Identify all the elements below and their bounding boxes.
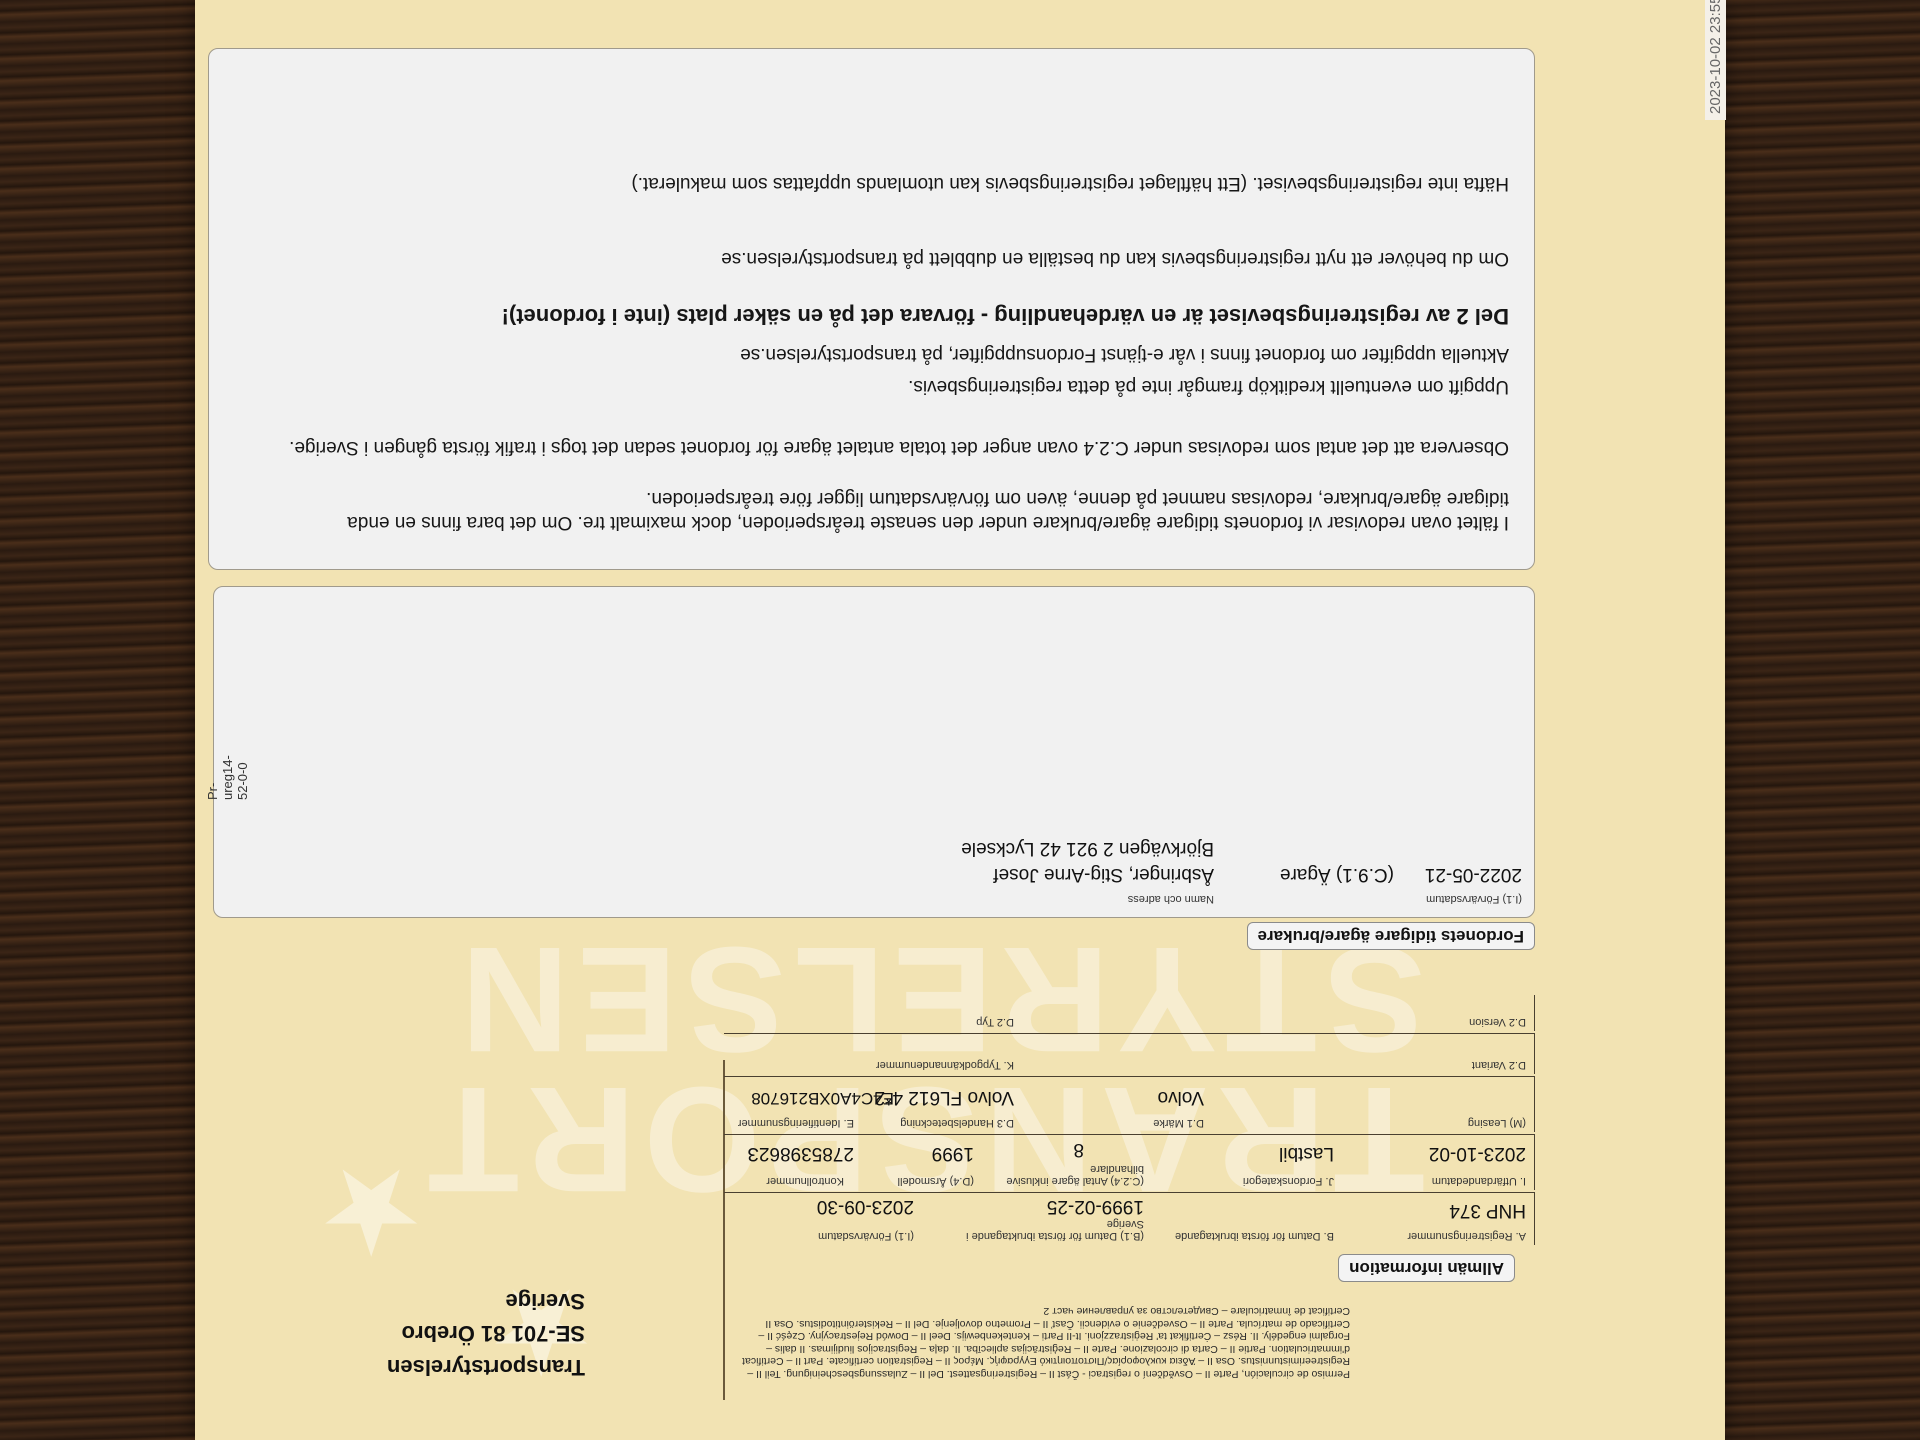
warning-text: Del 2 av registreringsbeviset är en värd… [229, 303, 1509, 329]
info-paragraph-1: I fältet ovan redovisar vi fordonets tid… [289, 486, 1509, 534]
control-number: 278539862З [747, 1142, 854, 1164]
photo-timestamp: 2023-10-02 23:55:33 [1705, 0, 1726, 120]
row-1: A. Registreringsnummer HNP 374 B. Datum … [724, 1192, 1535, 1245]
row-2: I. Utfärdandedatum 2023-10-02 J. Fordons… [724, 1134, 1535, 1190]
row-4: D.2 Variant K. Typgodkännandenummer [724, 1033, 1535, 1074]
trade-name: Volvo FL612 4*2 [875, 1086, 1014, 1108]
acquisition-date: 2023-09-30 [817, 1195, 914, 1217]
row-5: D.2 Version D.2 Typ [724, 995, 1535, 1031]
previous-owner-panel: (I.1) Förvärvsdatum 2022-05-21 (C.9.1) Ä… [213, 586, 1535, 918]
info-paragraph-3: Uppgift om eventuellt kreditköp framgår … [289, 375, 1509, 397]
previous-owner-title: Fordonets tidigare ägare/brukare [1247, 922, 1535, 950]
eu-star-icon: ★ [317, 1141, 425, 1280]
info-paragraph-6: Häfta inte registreringsbeviset. (Ett hä… [259, 172, 1509, 194]
registration-number: HNP 374 [1449, 1199, 1526, 1221]
info-paragraph-2: Observera att det antal som redovisas un… [289, 435, 1509, 459]
info-panel: I fältet ovan redovisar vi fordonets tid… [208, 48, 1535, 570]
issue-date: 2023-10-02 [1429, 1142, 1526, 1164]
first-use-sweden: 1999-02-25 [1047, 1195, 1144, 1217]
info-paragraph-5: Om du behöver ett nytt registreringsbevi… [289, 247, 1509, 269]
general-section-title: Allmän information [1338, 1254, 1515, 1282]
translations-text: Permiso de circulación, Parte II – Osvěd… [730, 1305, 1350, 1380]
prev-role: (C.9.1) Ägare [1280, 863, 1394, 885]
general-fields: A. Registreringsnummer HNP 374 B. Datum … [705, 945, 1535, 1245]
vin: E4C4A0XB216708 [751, 1088, 894, 1108]
info-paragraph-4: Aktuella uppgifter om fordonet finns i v… [289, 343, 1509, 365]
prev-owner-address: Björkvägen 2 921 42 Lycksele [961, 837, 1214, 859]
vehicle-category: Lastbil [1279, 1142, 1334, 1164]
registration-certificate: TRANSPORT STYRELSEN ★ ★ Transportstyrels… [0, 0, 1920, 1440]
issuer-block: Transportstyrelsen SE-701 81 Örebro Sver… [245, 1288, 585, 1420]
owner-count: 8 [1073, 1138, 1084, 1160]
document-sheet: TRANSPORT STYRELSEN ★ ★ Transportstyrels… [195, 0, 1725, 1440]
form-code: Pr-ureg14-52-0-0 [205, 755, 250, 800]
prev-acquired-date: 2022-05-21 [1425, 863, 1522, 885]
row-3: (M) Leasing D.1 Märke Volvo D.3 Handelsb… [724, 1076, 1535, 1132]
prev-owner-name: Åsbringer, Stig-Arne Josef [993, 863, 1214, 885]
issuer-country: Sverige [245, 1288, 585, 1314]
issuer-postal: SE-701 81 Örebro [245, 1320, 585, 1346]
make: Volvo [1158, 1086, 1204, 1108]
issuer-name: Transportstyrelsen [245, 1354, 585, 1380]
model-year: 1999 [932, 1142, 974, 1164]
